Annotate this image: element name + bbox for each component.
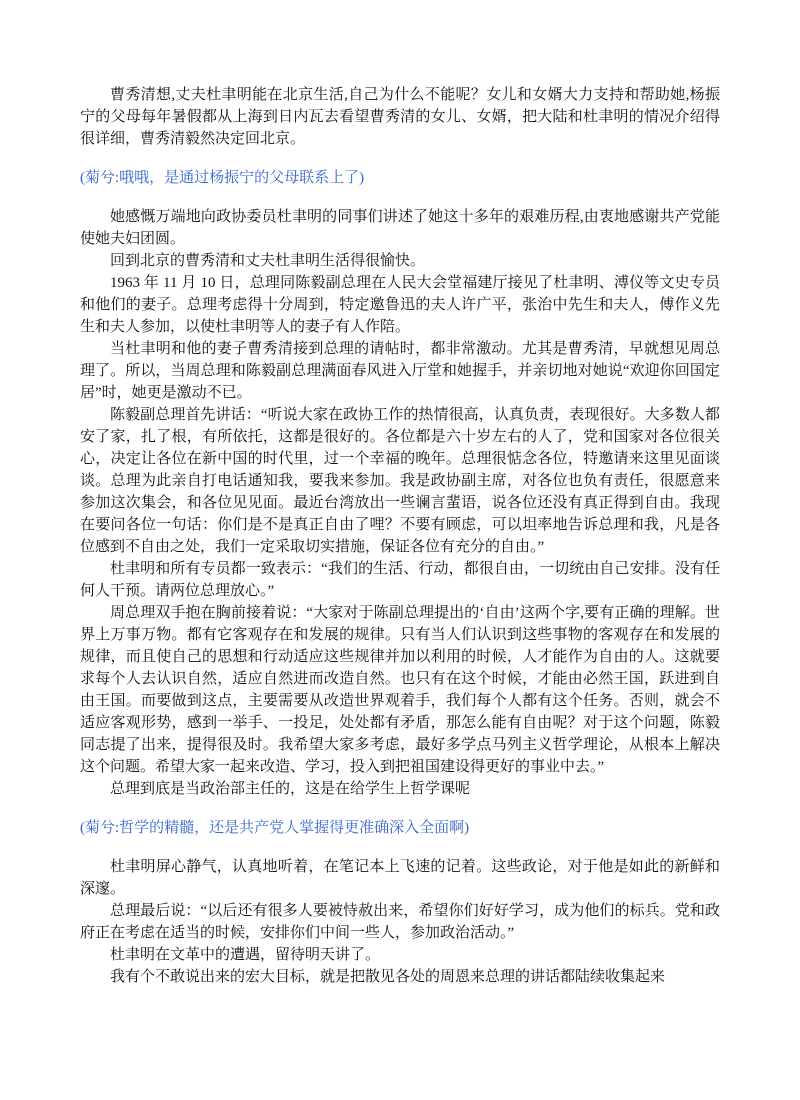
reader-annotation: (菊兮:哲学的精髓，还是共产党人掌握得更准确深入全面啊) — [80, 817, 720, 839]
paragraph: 杜聿明和所有专员都一致表示：“我们的生活、行动，都很自由，一切统由自己安排。没有… — [80, 558, 720, 602]
paragraph: 杜聿明屏心静气，认真地听着，在笔记本上飞速的记着。这些政论，对于他是如此的新鲜和… — [80, 856, 720, 900]
paragraph: 杜聿明在文革中的遭遇，留待明天讲了。 — [80, 944, 720, 966]
paragraph: 我有个不敢说出来的宏大目标，就是把散见各处的周恩来总理的讲话都陆续收集起来 — [80, 966, 720, 988]
paragraph: 1963 年 11 月 10 日，总理同陈毅副总理在人民大会堂福建厅接见了杜聿明… — [80, 272, 720, 338]
paragraph: 总理到底是当政治部主任的，这是在给学生上哲学课呢 — [80, 778, 720, 800]
document-page: 曹秀清想,丈夫杜聿明能在北京生活,自己为什么不能呢？女儿和女婿大力支持和帮助她,… — [0, 0, 800, 1100]
paragraph: 曹秀清想,丈夫杜聿明能在北京生活,自己为什么不能呢？女儿和女婿大力支持和帮助她,… — [80, 84, 720, 150]
paragraph: 回到北京的曹秀清和丈夫杜聿明生活得很愉快。 — [80, 250, 720, 272]
paragraph: 总理最后说：“以后还有很多人要被恃赦出来，希望你们好好学习，成为他们的标兵。党和… — [80, 900, 720, 944]
reader-annotation: (菊兮:哦哦，是通过杨振宁的父母联系上了) — [80, 167, 720, 189]
paragraph: 陈毅副总理首先讲话：“听说大家在政协工作的热情很高，认真负责，表现很好。大多数人… — [80, 404, 720, 558]
paragraph: 周总理双手抱在胸前接着说：“大家对于陈副总理提出的‘自由’这两个字,要有正确的理… — [80, 602, 720, 778]
paragraph: 当杜聿明和他的妻子曹秀清接到总理的请帖时，都非常激动。尤其是曹秀清，早就想见周总… — [80, 338, 720, 404]
paragraph: 她感慨万端地向政协委员杜聿明的同事们讲述了她这十多年的艰难历程,由衷地感谢共产党… — [80, 206, 720, 250]
